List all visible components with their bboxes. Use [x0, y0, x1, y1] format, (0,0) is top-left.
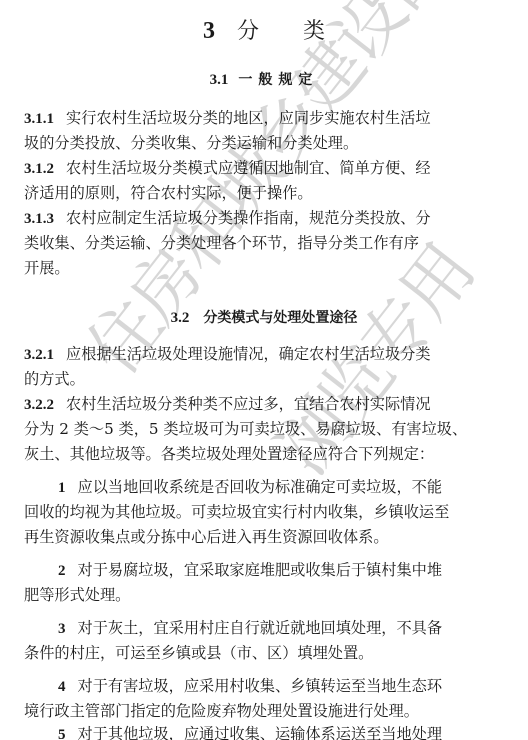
clause-text: 农村生活垃圾分类种类不应过多，宜结合农村实际情况 [66, 395, 431, 413]
text-line: 条件的村庄，可运至乡镇或县（市、区）填埋处置。 [24, 643, 514, 663]
item-text: 对于有害垃圾，应采用村收集、乡镇转运至当地生态环 [78, 677, 443, 695]
document-page: 住房和城乡建设部信息公开 浏览专用 3分类 3.1一般规定 3.1.1实行农村生… [0, 0, 528, 740]
clause-number: 3.2.1 [24, 347, 54, 363]
item-number: 4 [58, 679, 66, 695]
text-line: 类收集、分类运输、分类处理各个环节，指导分类工作有序 [24, 233, 514, 253]
clause-line: 3.1.2农村生活垃圾分类模式应遵循因地制宜、简单方便、经 [24, 158, 514, 179]
text-line: 开展。 [24, 258, 514, 278]
clause-number: 3.2.2 [24, 397, 54, 413]
clause-number: 3.1.2 [24, 161, 54, 177]
chapter-title-char: 分 [237, 19, 259, 44]
chapter-title: 3分类 [0, 14, 528, 45]
item-number: 3 [58, 621, 66, 637]
text-line: 境行政主管部门指定的危险废弃物处理处置设施进行处理。 [24, 701, 514, 721]
chapter-title-char: 类 [303, 19, 325, 44]
text-line: 灰土、其他垃圾等。各类垃圾处理处置途径应符合下列规定： [24, 444, 514, 464]
clause-text: 实行农村生活垃圾分类的地区，应同步实施农村生活垃 [66, 109, 431, 127]
item-text: 应以当地回收系统是否回收为标准确定可卖垃圾，不能 [78, 478, 443, 496]
item-text: 对于易腐垃圾，宜采取家庭堆肥或收集后于镇村集中堆 [78, 561, 443, 579]
section-title: 3.2分类模式与处理处置途径 [0, 307, 528, 327]
item-line: 4对于有害垃圾，应采用村收集、乡镇转运至当地生态环 [24, 676, 514, 697]
item-line: 3对于灰土，宜采用村庄自行就近就地回填处理，不具备 [24, 618, 514, 639]
item-number: 1 [58, 480, 66, 496]
clause-number: 3.1.1 [24, 111, 54, 127]
item-line: 5对于其他垃圾，应通过收集、运输体系运送至当地处理 [24, 724, 514, 740]
item-number: 2 [58, 563, 66, 579]
item-line: 1应以当地回收系统是否回收为标准确定可卖垃圾，不能 [24, 477, 514, 498]
text-line: 回收的均视为其他垃圾。可卖垃圾宜实行村内收集，乡镇收运至 [24, 502, 514, 522]
clause-number: 3.1.3 [24, 211, 54, 227]
text-line: 济适用的原则，符合农村实际，便于操作。 [24, 183, 514, 203]
text-line: 圾的分类投放、分类收集、分类运输和分类处理。 [24, 133, 514, 153]
section-heading: 一般规定 [238, 72, 318, 88]
text-line: 分为 2 类～5 类，5 类垃圾可为可卖垃圾、易腐垃圾、有害垃圾、 [24, 419, 514, 439]
text-line: 肥等形式处理。 [24, 585, 514, 605]
clause-line: 3.1.1实行农村生活垃圾分类的地区，应同步实施农村生活垃 [24, 108, 514, 129]
clause-text: 应根据生活垃圾处理设施情况，确定农村生活垃圾分类 [66, 345, 431, 363]
clause-text: 农村应制定生活垃圾分类操作指南，规范分类投放、分 [66, 209, 431, 227]
chapter-number: 3 [203, 18, 215, 44]
item-text: 对于灰土，宜采用村庄自行就近就地回填处理，不具备 [78, 619, 443, 637]
section-number: 3.1 [210, 72, 229, 88]
item-number: 5 [58, 727, 66, 740]
section-title: 3.1一般规定 [0, 69, 528, 89]
text-line: 再生资源收集点或分拣中心后进入再生资源回收体系。 [24, 527, 514, 547]
clause-text: 农村生活垃圾分类模式应遵循因地制宜、简单方便、经 [66, 159, 431, 177]
section-number: 3.2 [171, 310, 190, 326]
clause-line: 3.2.1应根据生活垃圾处理设施情况，确定农村生活垃圾分类 [24, 344, 514, 365]
clause-line: 3.2.2农村生活垃圾分类种类不应过多，宜结合农村实际情况 [24, 394, 514, 415]
section-heading: 分类模式与处理处置途径 [203, 310, 357, 326]
item-text: 对于其他垃圾，应通过收集、运输体系运送至当地处理 [78, 725, 443, 740]
item-line: 2对于易腐垃圾，宜采取家庭堆肥或收集后于镇村集中堆 [24, 560, 514, 581]
clause-line: 3.1.3农村应制定生活垃圾分类操作指南，规范分类投放、分 [24, 208, 514, 229]
text-line: 的方式。 [24, 369, 514, 389]
